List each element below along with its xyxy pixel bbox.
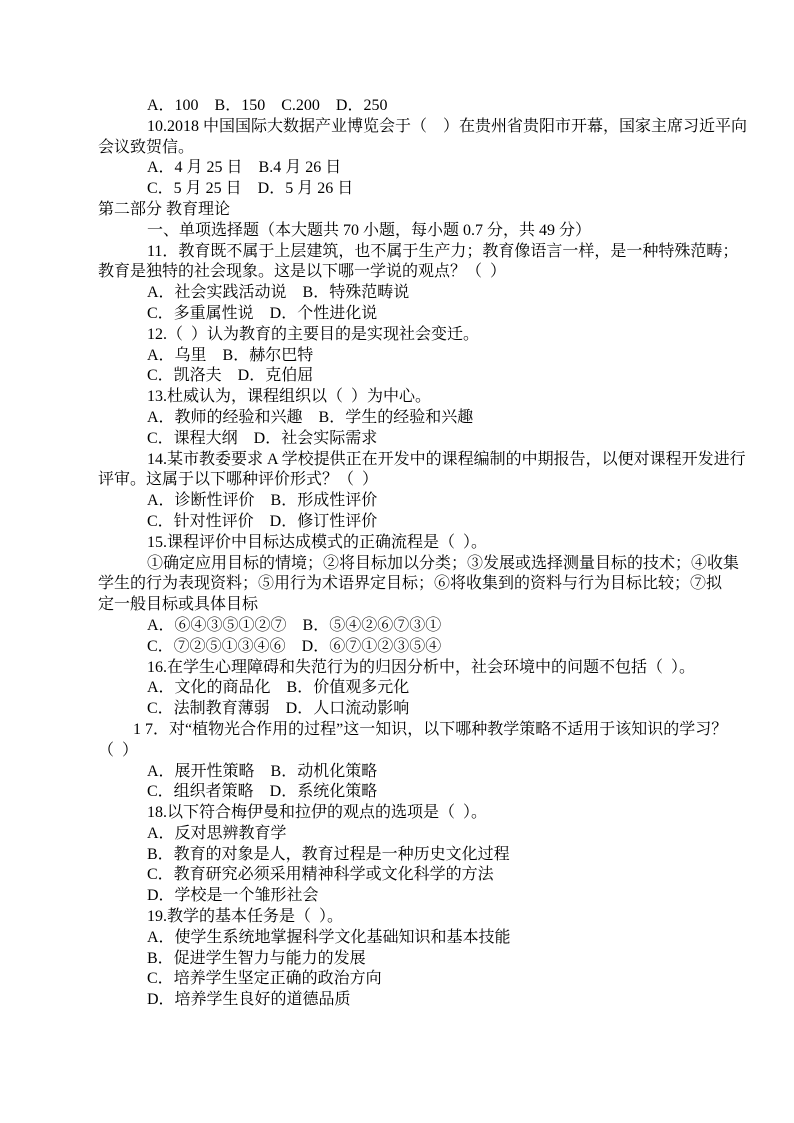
text-line: A．反对思辨教育学 bbox=[98, 824, 708, 845]
text-line: C．针对性评价 D．修订性评价 bbox=[98, 512, 708, 533]
text-line: A．教师的经验和兴趣 B．学生的经验和兴趣 bbox=[98, 408, 708, 429]
text-line: A．100 B．150 C.200 D．250 bbox=[98, 96, 708, 117]
text-line: C．⑦②⑤①③④⑥ D．⑥⑦①②③⑤④ bbox=[98, 637, 708, 658]
text-line: C．5 月 25 日 D．5 月 26 日 bbox=[98, 179, 708, 200]
text-line: 16.在学生心理障碍和失范行为的归因分析中，社会环境中的问题不包括（ ）。 bbox=[98, 658, 708, 679]
text-line: A．乌里 B．赫尔巴特 bbox=[98, 346, 708, 367]
text-line: D．培养学生良好的道德品质 bbox=[98, 990, 708, 1011]
text-line: C．组织者策略 D．系统化策略 bbox=[98, 782, 708, 803]
text-line: 15.课程评价中目标达成模式的正确流程是（ ）。 bbox=[98, 533, 708, 554]
text-line: C．教育研究必须采用精神科学或文化科学的方法 bbox=[98, 865, 708, 886]
text-line: 1 7．对“植物光合作用的过程”这一知识，以下哪种教学策略不适用于该知识的学习？ bbox=[98, 720, 708, 741]
text-line: 评审。这属于以下哪种评价形式？（ ） bbox=[98, 470, 708, 491]
text-line: A．4 月 25 日 B.4 月 26 日 bbox=[98, 158, 708, 179]
text-line: A．诊断性评价 B．形成性评价 bbox=[98, 491, 708, 512]
text-line: 定一般目标或具体目标 bbox=[98, 595, 708, 616]
text-line: A．展开性策略 B．动机化策略 bbox=[98, 762, 708, 783]
text-line: A．⑥④③⑤①②⑦ B．⑤④②⑥⑦③① bbox=[98, 616, 708, 637]
text-line: 10.2018 中国国际大数据产业博览会于（ ）在贵州省贵阳市开幕，国家主席习近… bbox=[98, 117, 708, 138]
text-line: 19.教学的基本任务是（ ）。 bbox=[98, 907, 708, 928]
text-line: 11．教育既不属于上层建筑，也不属于生产力；教育像语言一样，是一种特殊范畴； bbox=[98, 242, 708, 263]
text-line: A．使学生系统地掌握科学文化基础知识和基本技能 bbox=[98, 928, 708, 949]
section-subheader: 一、单项选择题（本大题共 70 小题，每小题 0.7 分，共 49 分） bbox=[98, 221, 708, 242]
text-line: （ ） bbox=[98, 741, 708, 762]
text-line: 14.某市教委要求 A 学校提供正在开发中的课程编制的中期报告，以便对课程开发进… bbox=[98, 450, 708, 471]
text-line: A．社会实践活动说 B．特殊范畴说 bbox=[98, 283, 708, 304]
text-line: 12.（ ）认为教育的主要目的是实现社会变迁。 bbox=[98, 325, 708, 346]
text-line: B．教育的对象是人，教育过程是一种历史文化过程 bbox=[98, 845, 708, 866]
text-line: A．文化的商品化 B．价值观多元化 bbox=[98, 678, 708, 699]
text-line: 18.以下符合梅伊曼和拉伊的观点的选项是（ ）。 bbox=[98, 803, 708, 824]
text-line: B．促进学生智力与能力的发展 bbox=[98, 949, 708, 970]
section-header: 第二部分 教育理论 bbox=[98, 200, 708, 221]
text-line: 学生的行为表现资料；⑤用行为术语界定目标；⑥将收集到的资料与行为目标比较；⑦拟 bbox=[98, 574, 708, 595]
text-line: D．学校是一个雏形社会 bbox=[98, 886, 708, 907]
text-line: C．凯洛夫 D．克伯屈 bbox=[98, 366, 708, 387]
text-line: 会议致贺信。 bbox=[98, 138, 708, 159]
text-line: 13.杜威认为，课程组织以（ ）为中心。 bbox=[98, 387, 708, 408]
text-line: C．课程大纲 D．社会实际需求 bbox=[98, 429, 708, 450]
text-line: C．法制教育薄弱 D．人口流动影响 bbox=[98, 699, 708, 720]
text-line: C．多重属性说 D．个性进化说 bbox=[98, 304, 708, 325]
text-line: C．培养学生坚定正确的政治方向 bbox=[98, 969, 708, 990]
exam-text-block: A．100 B．150 C.200 D．250 10.2018 中国国际大数据产… bbox=[98, 96, 708, 1011]
text-line: 教育是独特的社会现象。这是以下哪一学说的观点？（ ） bbox=[98, 262, 708, 283]
document-page: A．100 B．150 C.200 D．250 10.2018 中国国际大数据产… bbox=[0, 0, 794, 1123]
text-line: ①确定应用目标的情境；②将目标加以分类；③发展或选择测量目标的技术；④收集 bbox=[98, 554, 708, 575]
